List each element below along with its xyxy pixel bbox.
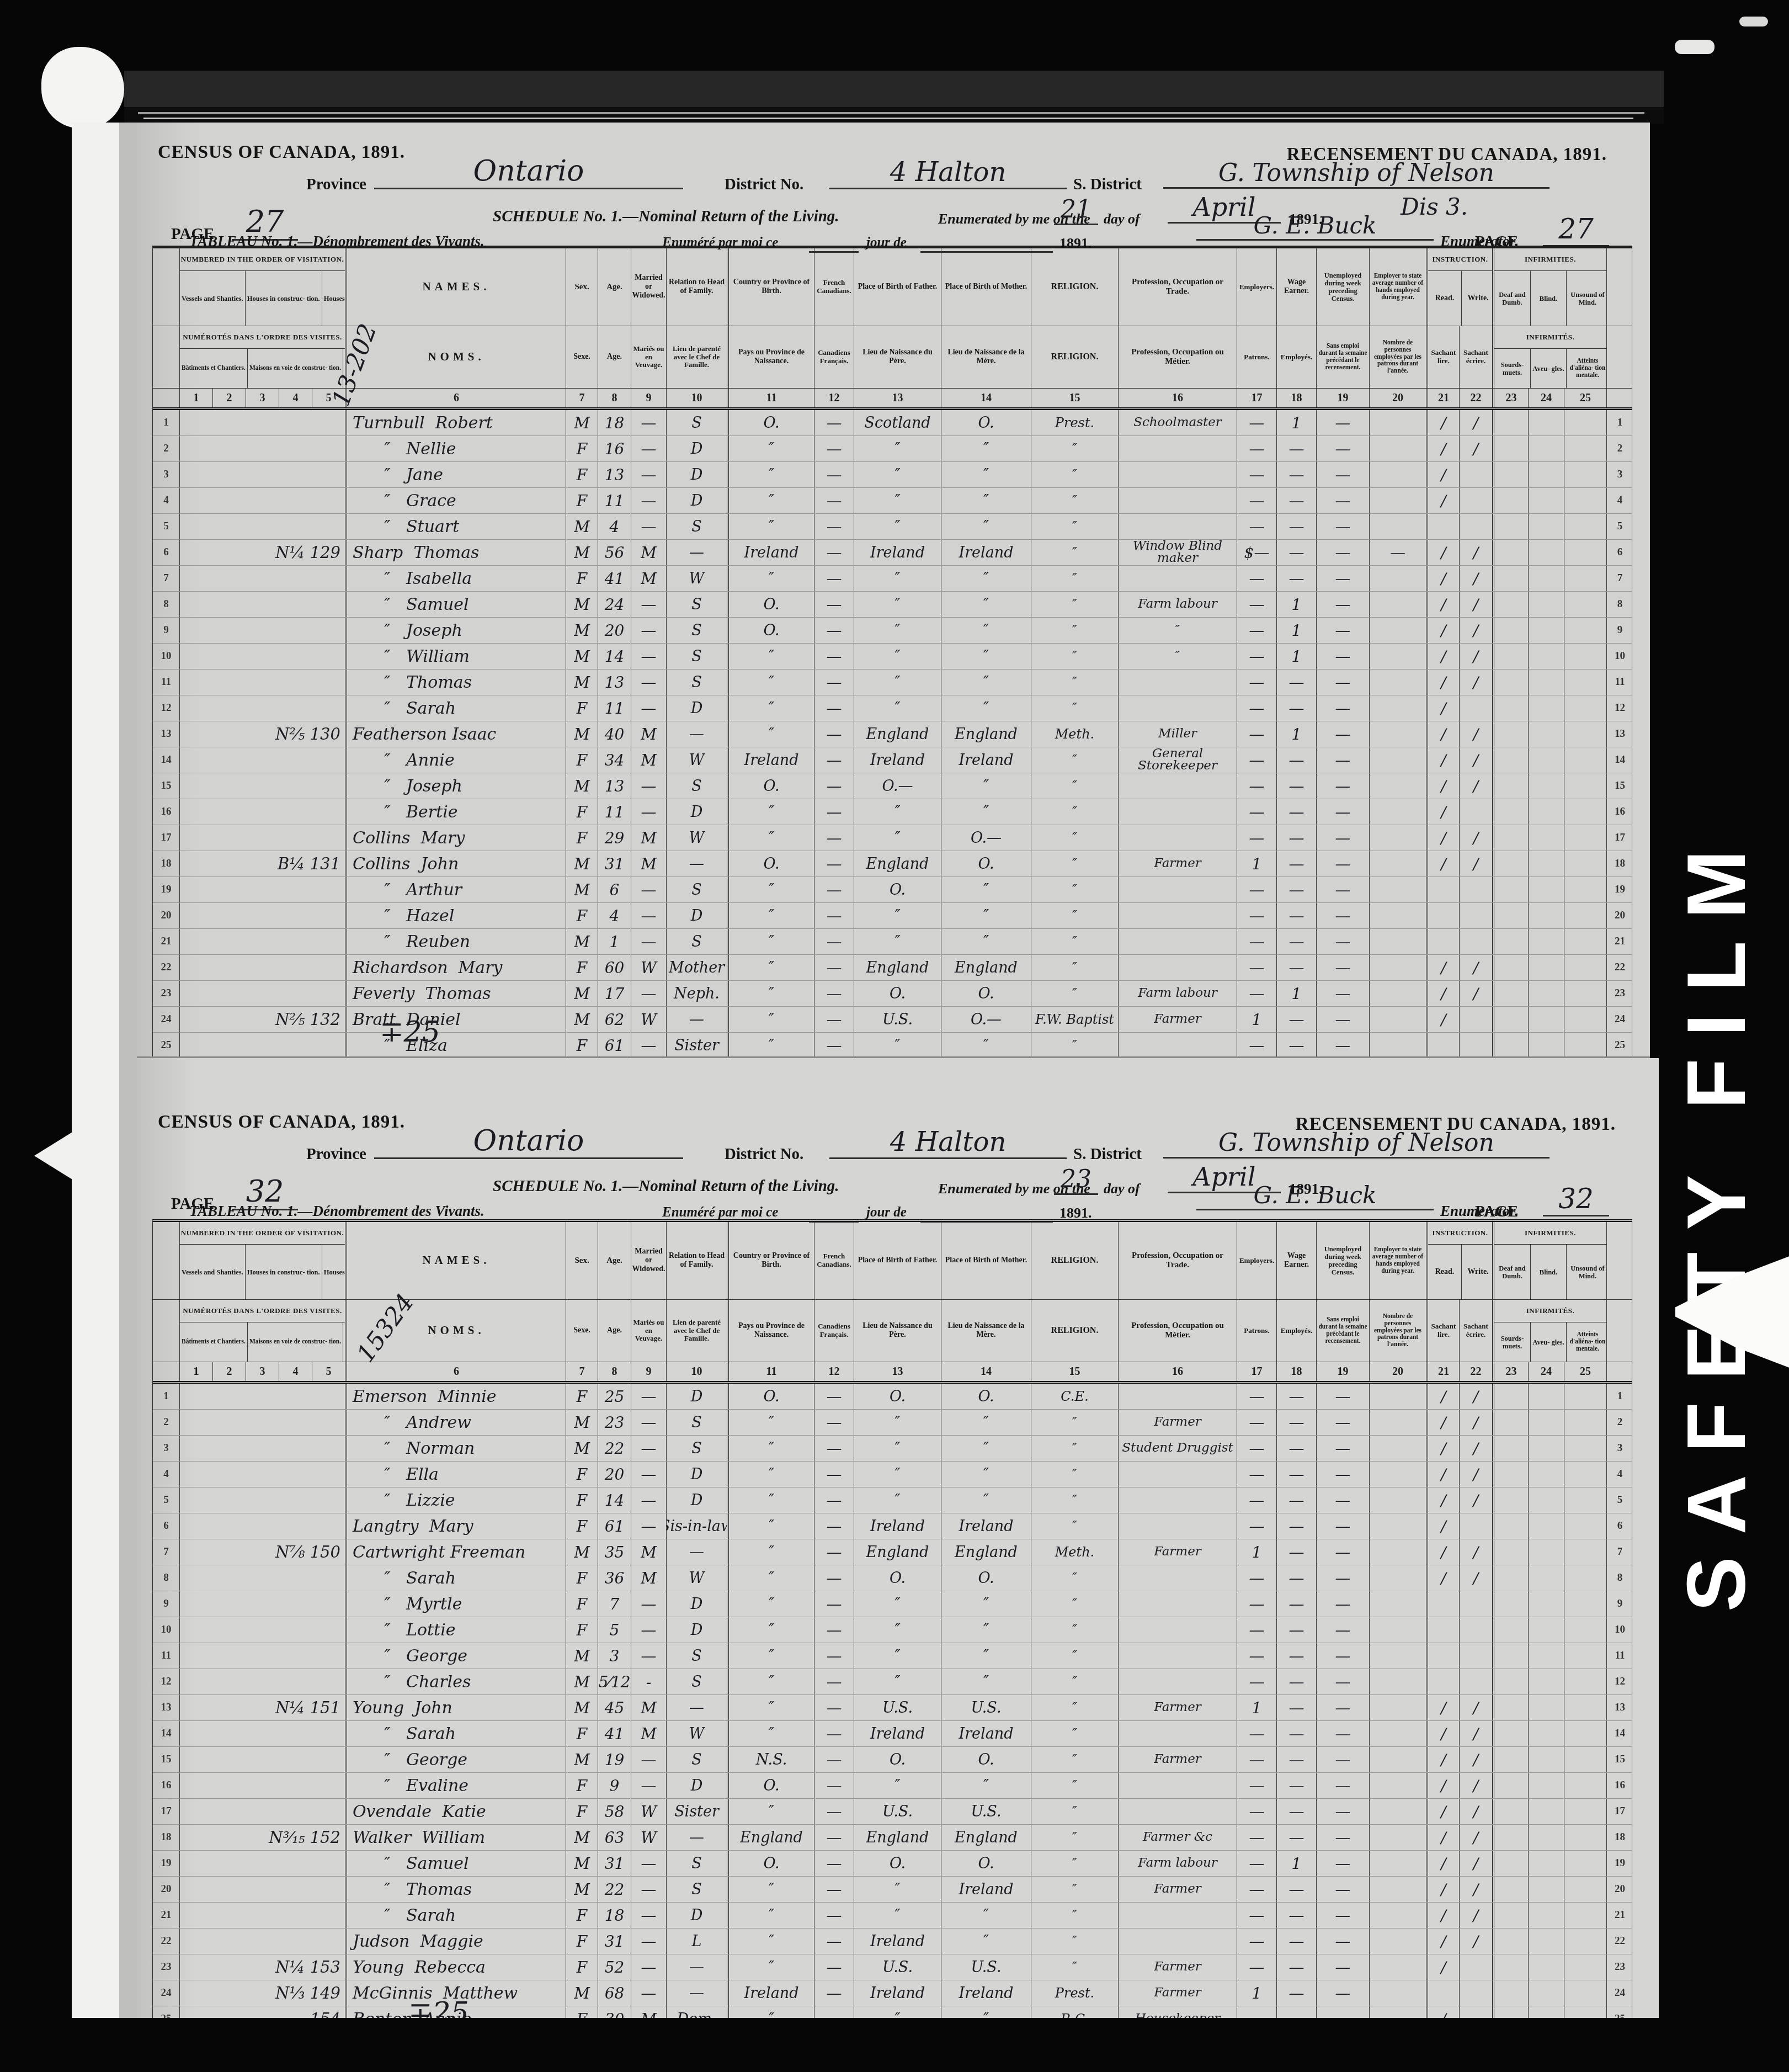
cell-french-canadian: — — [814, 566, 854, 591]
safety-film-label: SAFETY FILM — [1669, 828, 1764, 1612]
cell-hands-employed — [1369, 592, 1426, 617]
cell-unsound-mind — [1564, 1799, 1606, 1824]
cell-write: ∕ — [1459, 1695, 1492, 1720]
cell-read: ∕ — [1426, 1903, 1459, 1928]
cell-age: 60 — [598, 955, 631, 980]
cell-write: ∕ — [1459, 1487, 1492, 1513]
cell-unsound-mind — [1564, 877, 1606, 902]
cell-unemployed: — — [1316, 618, 1369, 643]
cell-blind — [1528, 1928, 1564, 1954]
cell-blind — [1528, 436, 1564, 461]
cell-relation: S — [666, 670, 727, 695]
cell-relation: Sister — [666, 1033, 727, 1058]
column-number: 19 — [1316, 1362, 1369, 1381]
cell-name: ″ Myrtle — [345, 1591, 566, 1617]
table-row: 18 B¼ 131 Collins John M 31 M — O. — Eng… — [153, 851, 1632, 877]
cell-name: ″ Nellie — [345, 436, 566, 461]
age-header-fr: Age. — [598, 1300, 631, 1362]
cell-sex: F — [566, 747, 598, 773]
cell-read: ∕ — [1426, 955, 1459, 980]
cell-write: ∕ — [1459, 1721, 1492, 1746]
cell-age: 35 — [598, 1539, 631, 1565]
cell-wage-earner: — — [1276, 462, 1316, 487]
row-number-left: 3 — [153, 1436, 179, 1461]
cell-blind — [1528, 851, 1564, 876]
cell-write — [1459, 877, 1492, 902]
cell-relation: — — [666, 1980, 727, 2006]
mother-birth-header-fr: Lieu de Naissance de la Mère. — [941, 1300, 1031, 1362]
cell-birth-country: ″ — [727, 1487, 814, 1513]
visitation-group-title-en: NUMBERED IN THE ORDER OF VISITATION. — [180, 1222, 345, 1245]
cell-relation: D — [666, 1591, 727, 1617]
column-number: 20 — [1369, 1362, 1426, 1381]
row-number-left: 15 — [153, 1747, 179, 1772]
cell-deaf — [1492, 877, 1528, 902]
cell-visitation — [179, 1462, 345, 1487]
census-table: NUMBERED IN THE ORDER OF VISITATION. Ves… — [152, 246, 1632, 1058]
row-number-right: 15 — [1606, 773, 1633, 799]
cell-hands-employed — [1369, 1980, 1426, 2006]
cell-occupation: Farmer — [1118, 1410, 1237, 1435]
cell-french-canadian: — — [814, 799, 854, 825]
cell-father-birthplace: O. — [854, 1384, 941, 1409]
cell-wage-earner: — — [1276, 1436, 1316, 1461]
column-number: 1 — [179, 389, 212, 407]
cell-deaf — [1492, 1695, 1528, 1720]
cell-employer: — — [1237, 1747, 1276, 1772]
cell-visitation — [179, 462, 345, 487]
cell-hands-employed — [1369, 1747, 1426, 1772]
cell-occupation: Schoolmaster — [1118, 410, 1237, 435]
cell-married-widowed: M — [631, 851, 666, 876]
row-number-right: 20 — [1606, 1877, 1633, 1902]
row-number-left: 1 — [153, 410, 179, 435]
cell-name: ″ Eliza — [345, 1033, 566, 1058]
enumeration-day: 23 — [1054, 1165, 1098, 1195]
cell-married-widowed: — — [631, 1410, 666, 1435]
cell-married-widowed: — — [631, 514, 666, 539]
cell-employer: — — [1237, 1591, 1276, 1617]
cell-unemployed: — — [1316, 1487, 1369, 1513]
column-number: 19 — [1316, 389, 1369, 407]
cell-age: 11 — [598, 695, 631, 721]
cell-relation: — — [666, 1007, 727, 1032]
cell-french-canadian: — — [814, 721, 854, 747]
subdistrict-label: S. District — [1073, 176, 1142, 194]
cell-relation: S — [666, 929, 727, 954]
cell-deaf — [1492, 1617, 1528, 1643]
deaf-header-fr: Sourds- muets. — [1494, 349, 1530, 388]
cell-sex: M — [566, 540, 598, 565]
column-number: 3 — [246, 1362, 279, 1381]
cell-mother-birthplace: ″ — [941, 436, 1031, 461]
cell-blind — [1528, 1669, 1564, 1694]
cell-blind — [1528, 1980, 1564, 2006]
cell-mother-birthplace: O. — [941, 1747, 1031, 1772]
cell-hands-employed — [1369, 1773, 1426, 1798]
table-row: 3 ″ Norman M 22 — S ″ — ″ ″ ″ Student Dr… — [153, 1436, 1632, 1462]
row-number-left: 6 — [153, 1513, 179, 1539]
column-number: 4 — [279, 389, 312, 407]
cell-deaf — [1492, 1877, 1528, 1902]
cell-unemployed: — — [1316, 514, 1369, 539]
cell-employer: 1 — [1237, 1539, 1276, 1565]
cell-occupation: Window Blind maker — [1118, 540, 1237, 565]
cell-father-birthplace: O. — [854, 981, 941, 1006]
cell-unsound-mind — [1564, 1825, 1606, 1850]
cell-birth-country: ″ — [727, 488, 814, 513]
cell-mother-birthplace: Ireland — [941, 1721, 1031, 1746]
column-number: 24 — [1528, 389, 1564, 407]
cell-sex: F — [566, 695, 598, 721]
enumeration-day: 21 — [1054, 195, 1098, 225]
cell-occupation: Miller — [1118, 721, 1237, 747]
cell-read: ∕ — [1426, 799, 1459, 825]
table-row: 23 Feverly Thomas M 17 — Neph. ″ — O. O.… — [153, 981, 1632, 1007]
cell-visitation — [179, 514, 345, 539]
cell-french-canadian: — — [814, 488, 854, 513]
cell-religion: R.C. — [1031, 2006, 1118, 2018]
row-number-right: 22 — [1606, 955, 1633, 980]
cell-religion: ″ — [1031, 592, 1118, 617]
cell-occupation — [1118, 488, 1237, 513]
cell-relation: S — [666, 1851, 727, 1876]
row-number-left: 23 — [153, 981, 179, 1006]
cell-age: 5 — [598, 1617, 631, 1643]
cell-occupation: Farmer — [1118, 1695, 1237, 1720]
row-number-right: 1 — [1606, 1384, 1633, 1409]
row-number-left: 17 — [153, 825, 179, 851]
cell-deaf — [1492, 851, 1528, 876]
column-number: 11 — [727, 1362, 814, 1381]
enumerator-signature: G. E. Buck — [1196, 212, 1434, 241]
cell-sex: F — [566, 1928, 598, 1954]
cell-french-canadian: — — [814, 1487, 854, 1513]
cell-unsound-mind — [1564, 773, 1606, 799]
cell-occupation: Housekeeper — [1118, 2006, 1237, 2018]
cell-hands-employed — [1369, 1487, 1426, 1513]
cell-french-canadian: — — [814, 877, 854, 902]
cell-write: ∕ — [1459, 540, 1492, 565]
cell-wage-earner: — — [1276, 514, 1316, 539]
cell-read: ∕ — [1426, 721, 1459, 747]
cell-birth-country: ″ — [727, 1799, 814, 1824]
cell-birth-country: ″ — [727, 1928, 814, 1954]
cell-employer: — — [1237, 929, 1276, 954]
cell-french-canadian: — — [814, 1903, 854, 1928]
row-number-right: 23 — [1606, 1954, 1633, 1980]
cell-occupation: Farmer &c — [1118, 1825, 1237, 1850]
cell-age: 29 — [598, 825, 631, 851]
cell-visitation — [179, 436, 345, 461]
day-of-label: day of — [1104, 211, 1140, 227]
cell-read: ∕ — [1426, 1487, 1459, 1513]
cell-married-widowed: — — [631, 1487, 666, 1513]
cell-religion: ″ — [1031, 1669, 1118, 1694]
cell-mother-birthplace: ″ — [941, 773, 1031, 799]
cell-mother-birthplace: England — [941, 955, 1031, 980]
cell-visitation — [179, 1643, 345, 1669]
cell-wage-earner: — — [1276, 1825, 1316, 1850]
cell-occupation: Farmer — [1118, 851, 1237, 876]
cell-married-widowed: — — [631, 1773, 666, 1798]
table-row: 13 N⅖ 130 Featherson Isaac M 40 M — ″ — … — [153, 721, 1632, 747]
cell-wage-earner: — — [1276, 1643, 1316, 1669]
cell-religion: ″ — [1031, 1487, 1118, 1513]
row-number-column-header — [1606, 1300, 1633, 1362]
cell-age: 4 — [598, 903, 631, 928]
cell-sex: M — [566, 1695, 598, 1720]
cell-write — [1459, 1513, 1492, 1539]
col1-header-en: Vessels and Shanties. — [180, 1245, 245, 1299]
cell-employer: — — [1237, 2006, 1276, 2018]
cell-age: 17 — [598, 981, 631, 1006]
row-number-left: 10 — [153, 644, 179, 669]
cell-write: ∕ — [1459, 436, 1492, 461]
cell-hands-employed — [1369, 981, 1426, 1006]
cell-mother-birthplace: ″ — [941, 462, 1031, 487]
column-number: 13 — [854, 1362, 941, 1381]
row-number-left: 19 — [153, 877, 179, 902]
cell-occupation — [1118, 1513, 1237, 1539]
cell-occupation — [1118, 1669, 1237, 1694]
column-number: 12 — [814, 1362, 854, 1381]
cell-wage-earner: — — [1276, 2006, 1316, 2018]
cell-mother-birthplace: ″ — [941, 488, 1031, 513]
cell-religion: ″ — [1031, 773, 1118, 799]
cell-unsound-mind — [1564, 618, 1606, 643]
infirmities-group-title-fr: INFIRMITÉS. — [1494, 1300, 1606, 1322]
row-number-right: 16 — [1606, 799, 1633, 825]
province-label: Province — [306, 176, 366, 194]
cell-sex: M — [566, 1410, 598, 1435]
column-number: 20 — [1369, 389, 1426, 407]
cell-employer: — — [1237, 955, 1276, 980]
column-number: 5 — [312, 1362, 345, 1381]
cell-unsound-mind — [1564, 1980, 1606, 2006]
table-row: 19 ″ Arthur M 6 — S ″ — O. ″ ″ — — [153, 877, 1632, 903]
cell-visitation — [179, 1033, 345, 1058]
table-row: 20 ″ Thomas M 22 — S ″ — ″ Ireland ″ Far… — [153, 1877, 1632, 1903]
subdistrict-value: G. Township of Nelson — [1163, 1129, 1550, 1159]
cell-occupation: Farmer — [1118, 1980, 1237, 2006]
cell-sex: M — [566, 1747, 598, 1772]
table-row: 25 154 Benton Annie F 30 M Dom. ″ — ″ ″ … — [153, 2006, 1632, 2018]
cell-father-birthplace: ″ — [854, 2006, 941, 2018]
table-row: 4 ″ Grace F 11 — D ″ — ″ ″ ″ — — [153, 488, 1632, 514]
column-number: 6 — [345, 389, 566, 407]
cell-relation: S — [666, 1747, 727, 1772]
cell-deaf — [1492, 410, 1528, 435]
cell-married-widowed: — — [631, 462, 666, 487]
cell-french-canadian: — — [814, 1799, 854, 1824]
cell-mother-birthplace: ″ — [941, 1903, 1031, 1928]
column-number: 7 — [566, 389, 598, 407]
census-page-32: CENSUS OF CANADA, 1891. RECENSEMENT DU C… — [137, 1058, 1659, 2018]
cell-religion: C.E. — [1031, 1384, 1118, 1409]
cell-employer: — — [1237, 825, 1276, 851]
cell-write — [1459, 488, 1492, 513]
cell-father-birthplace: ″ — [854, 488, 941, 513]
row-number-right: 18 — [1606, 1825, 1633, 1850]
cell-blind — [1528, 877, 1564, 902]
cell-read: ∕ — [1426, 436, 1459, 461]
cell-visitation — [179, 903, 345, 928]
cell-employer: — — [1237, 1487, 1276, 1513]
cell-wage-earner: — — [1276, 929, 1316, 954]
cell-employer: — — [1237, 1799, 1276, 1824]
cell-age: 24 — [598, 592, 631, 617]
cell-visitation — [179, 1773, 345, 1798]
cell-relation: D — [666, 695, 727, 721]
cell-name: ″ Sarah — [345, 1565, 566, 1591]
row-number-left: 20 — [153, 903, 179, 928]
table-row: 20 ″ Hazel F 4 — D ″ — ″ ″ ″ — — [153, 903, 1632, 929]
religion-header-en: RELIGION. — [1031, 248, 1118, 326]
blind-header-en: Blind. — [1530, 1245, 1566, 1299]
cell-mother-birthplace: Ireland — [941, 747, 1031, 773]
cell-visitation — [179, 825, 345, 851]
cell-birth-country: ″ — [727, 1903, 814, 1928]
cell-employer: — — [1237, 1462, 1276, 1487]
cell-father-birthplace: O.— — [854, 773, 941, 799]
cell-blind — [1528, 514, 1564, 539]
cell-relation: D — [666, 488, 727, 513]
religion-header-en: RELIGION. — [1031, 1222, 1118, 1299]
cell-age: 61 — [598, 1513, 631, 1539]
column-number-blank — [1606, 1362, 1633, 1381]
cell-sex: F — [566, 799, 598, 825]
cell-married-widowed: M — [631, 1695, 666, 1720]
cell-name: Sharp Thomas — [345, 540, 566, 565]
cell-unsound-mind — [1564, 1903, 1606, 1928]
cell-age: 23 — [598, 1410, 631, 1435]
cell-deaf — [1492, 981, 1528, 1006]
cell-deaf — [1492, 1007, 1528, 1032]
cell-birth-country: ″ — [727, 903, 814, 928]
table-header-english: NUMBERED IN THE ORDER OF VISITATION. Ves… — [153, 1222, 1632, 1300]
table-row: 23 N¼ 153 Young Rebecca F 52 — — ″ — U.S… — [153, 1954, 1632, 1980]
cell-visitation — [179, 618, 345, 643]
cell-unemployed: — — [1316, 747, 1369, 773]
deaf-header-en: Deaf and Dumb. — [1494, 271, 1530, 326]
cell-wage-earner: 1 — [1276, 644, 1316, 669]
visitation-group-header-fr: NUMÉROTÉS DANS L'ORDRE DES VISITES. Bâti… — [179, 326, 345, 388]
cell-religion: ″ — [1031, 1513, 1118, 1539]
cell-visitation — [179, 644, 345, 669]
cell-occupation: ″ — [1118, 644, 1237, 669]
infirmities-group-title-en: INFIRMITIES. — [1494, 1222, 1606, 1245]
cell-name: ″ Grace — [345, 488, 566, 513]
row-number-left: 18 — [153, 1825, 179, 1850]
cell-unsound-mind — [1564, 514, 1606, 539]
cell-deaf — [1492, 644, 1528, 669]
cell-religion: ″ — [1031, 1591, 1118, 1617]
cell-blind — [1528, 1591, 1564, 1617]
cell-write: ∕ — [1459, 592, 1492, 617]
hands-employed-header-fr: Nombre de personnes employées par les pa… — [1369, 326, 1426, 388]
cell-unemployed: — — [1316, 592, 1369, 617]
cell-relation: Dom. — [666, 2006, 727, 2018]
cell-unemployed: — — [1316, 1721, 1369, 1746]
cell-unsound-mind — [1564, 670, 1606, 695]
cell-french-canadian: — — [814, 825, 854, 851]
cell-wage-earner: — — [1276, 1539, 1316, 1565]
cell-sex: F — [566, 1462, 598, 1487]
unemployed-header-en: Unemployed during week preceding Census. — [1316, 248, 1369, 326]
cell-read: ∕ — [1426, 670, 1459, 695]
cell-age: 68 — [598, 1980, 631, 2006]
cell-religion: ″ — [1031, 877, 1118, 902]
cell-age: 4 — [598, 514, 631, 539]
blind-header-en: Blind. — [1530, 271, 1566, 326]
cell-occupation: Farm labour — [1118, 981, 1237, 1006]
cell-hands-employed — [1369, 1721, 1426, 1746]
subdistrict-label: S. District — [1073, 1145, 1142, 1163]
employers-header-en: Employers. — [1237, 1222, 1276, 1299]
table-row: 16 ″ Bertie F 11 — D ″ — ″ ″ ″ — — [153, 799, 1632, 825]
cell-visitation — [179, 1565, 345, 1591]
cell-married-widowed: — — [631, 929, 666, 954]
row-number-right: 13 — [1606, 721, 1633, 747]
table-row: 11 ″ Thomas M 13 — S ″ — ″ ″ ″ — — [153, 670, 1632, 695]
cell-occupation — [1118, 799, 1237, 825]
table-row: 12 ″ Charles M 5⁄12 - S ″ — ″ ″ ″ — [153, 1669, 1632, 1695]
cell-deaf — [1492, 721, 1528, 747]
cell-birth-country: ″ — [727, 799, 814, 825]
cell-french-canadian: — — [814, 1851, 854, 1876]
cell-unemployed: — — [1316, 410, 1369, 435]
cell-relation: — — [666, 540, 727, 565]
cell-married-widowed: M — [631, 1721, 666, 1746]
cell-write: ∕ — [1459, 1799, 1492, 1824]
province-value: Ontario — [374, 155, 683, 189]
cell-name: Collins John — [345, 851, 566, 876]
table-row: 1 Turnbull Robert M 18 — S O. — Scotland… — [153, 410, 1632, 436]
cell-hands-employed — [1369, 799, 1426, 825]
tableau-enumere-text: Enuméré par moi ce — [662, 1205, 778, 1220]
cell-birth-country: ″ — [727, 695, 814, 721]
col3-header-en: Houses unin- habited. — [322, 271, 345, 326]
province-label: Province — [306, 1145, 366, 1163]
cell-father-birthplace: Scotland — [854, 410, 941, 435]
row-number-right: 2 — [1606, 1410, 1633, 1435]
cell-sex: M — [566, 851, 598, 876]
french-canadian-header-fr: Canadiens Français. — [814, 326, 854, 388]
row-number-right: 7 — [1606, 1539, 1633, 1565]
cell-unemployed: — — [1316, 1669, 1369, 1694]
cell-blind — [1528, 825, 1564, 851]
cell-birth-country: ″ — [727, 929, 814, 954]
cell-married-widowed: M — [631, 1539, 666, 1565]
cell-write: ∕ — [1459, 1877, 1492, 1902]
write-header-fr: Sachant écrire. — [1459, 326, 1492, 388]
cell-age: 34 — [598, 747, 631, 773]
cell-unsound-mind — [1564, 1669, 1606, 1694]
column-number: 4 — [279, 1362, 312, 1381]
cell-write — [1459, 1617, 1492, 1643]
cell-mother-birthplace: ″ — [941, 566, 1031, 591]
cell-deaf — [1492, 1643, 1528, 1669]
occupation-header-fr: Profession, Occupation ou Métier. — [1118, 326, 1237, 388]
row-number-right: 22 — [1606, 1928, 1633, 1954]
cell-visitation — [179, 799, 345, 825]
table-row: 22 Richardson Mary F 60 W Mother ″ — Eng… — [153, 955, 1632, 981]
column-number: 16 — [1118, 1362, 1237, 1381]
cell-name: Young Rebecca — [345, 1954, 566, 1980]
row-number-column-header — [1606, 248, 1633, 326]
cell-employer: — — [1237, 514, 1276, 539]
